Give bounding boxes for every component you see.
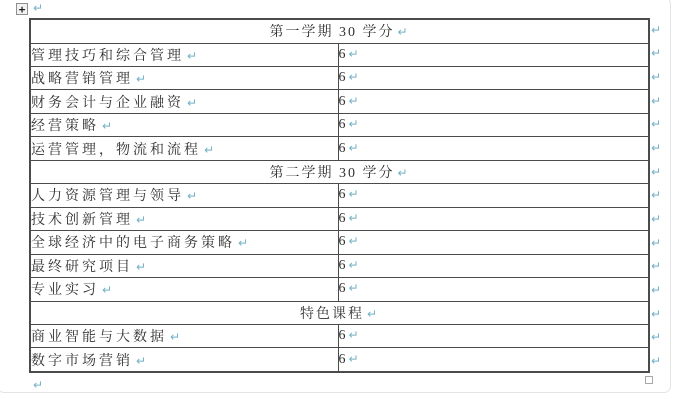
paragraph-mark: ↵ bbox=[238, 236, 251, 250]
credit-cell[interactable]: 6↵ bbox=[338, 90, 649, 113]
credit-value: 6 bbox=[339, 187, 346, 202]
course-row: 数字市场营销↵6↵ bbox=[30, 348, 649, 372]
semester-header-row: 第二学期 30 学分↵ bbox=[30, 160, 649, 183]
paragraph-mark: ↵ bbox=[651, 331, 661, 343]
paragraph-mark: ↵ bbox=[651, 71, 661, 83]
course-name: 专业实习 bbox=[31, 283, 99, 298]
semester-header-row: 第一学期 30 学分↵ bbox=[30, 19, 649, 43]
course-row: 人力资源管理与领导↵6↵ bbox=[30, 184, 649, 207]
paragraph-mark: ↵ bbox=[204, 143, 217, 157]
course-row: 最终研究项目↵6↵ bbox=[30, 254, 649, 277]
move-icon: + bbox=[19, 4, 26, 15]
row-end-mark: ↵ bbox=[651, 18, 675, 42]
paragraph-mark: ↵ bbox=[651, 142, 661, 154]
credit-value: 6 bbox=[339, 281, 346, 296]
credit-value: 6 bbox=[339, 117, 346, 132]
row-end-mark: ↵ bbox=[651, 326, 675, 350]
paragraph-mark: ↵ bbox=[136, 72, 149, 86]
course-row: 商业智能与大数据↵6↵ bbox=[30, 324, 649, 347]
course-name-cell[interactable]: 商业智能与大数据↵ bbox=[30, 324, 338, 347]
paragraph-mark: ↵ bbox=[397, 166, 409, 180]
credit-value: 6 bbox=[339, 328, 346, 343]
paragraph-mark: ↵ bbox=[651, 260, 661, 272]
course-name: 最终研究项目 bbox=[31, 260, 133, 275]
paragraph-mark: ↵ bbox=[136, 213, 149, 227]
credit-cell[interactable]: 6↵ bbox=[338, 43, 649, 66]
course-name-cell[interactable]: 运营管理，物流和流程↵ bbox=[30, 137, 338, 160]
credit-cell[interactable]: 6↵ bbox=[338, 66, 649, 89]
paragraph-mark: ↵ bbox=[397, 25, 409, 39]
course-name: 人力资源管理与领导 bbox=[31, 189, 184, 204]
semester-header-cell[interactable]: 第一学期 30 学分↵ bbox=[30, 19, 649, 43]
credit-cell[interactable]: 6↵ bbox=[338, 324, 649, 347]
course-table: 第一学期 30 学分↵管理技巧和综合管理↵6↵战略营销管理↵6↵财务会计与企业融… bbox=[29, 18, 650, 373]
course-name-cell[interactable]: 数字市场营销↵ bbox=[30, 348, 338, 372]
credit-value: 6 bbox=[339, 70, 346, 85]
row-end-mark: ↵ bbox=[651, 160, 675, 184]
credit-value: 6 bbox=[339, 94, 346, 109]
course-name: 战略营销管理 bbox=[31, 72, 133, 87]
credit-cell[interactable]: 6↵ bbox=[338, 254, 649, 277]
paragraph-mark: ↵ bbox=[33, 2, 43, 14]
paragraph-mark: ↵ bbox=[136, 354, 149, 368]
paragraph-mark: ↵ bbox=[651, 237, 661, 249]
credit-value: 6 bbox=[339, 234, 346, 249]
paragraph-mark: ↵ bbox=[367, 307, 379, 321]
paragraph-mark: ↵ bbox=[349, 187, 359, 201]
course-name-cell[interactable]: 经营策略↵ bbox=[30, 113, 338, 136]
paragraph-mark: ↵ bbox=[349, 352, 359, 366]
course-name-cell[interactable]: 最终研究项目↵ bbox=[30, 254, 338, 277]
credit-cell[interactable]: 6↵ bbox=[338, 207, 649, 230]
course-row: 全球经济中的电子商务策略↵6↵ bbox=[30, 231, 649, 254]
row-end-mark: ↵ bbox=[651, 231, 675, 255]
paragraph-mark: ↵ bbox=[349, 211, 359, 225]
row-end-mark: ↵ bbox=[651, 184, 675, 208]
paragraph-mark: ↵ bbox=[651, 47, 661, 59]
credit-cell[interactable]: 6↵ bbox=[338, 278, 649, 301]
paragraph-mark: ↵ bbox=[349, 70, 359, 84]
course-row: 经营策略↵6↵ bbox=[30, 113, 649, 136]
course-name-cell[interactable]: 人力资源管理与领导↵ bbox=[30, 184, 338, 207]
credit-cell[interactable]: 6↵ bbox=[338, 231, 649, 254]
course-name: 数字市场营销 bbox=[31, 354, 133, 369]
paragraph-mark: ↵ bbox=[349, 47, 359, 61]
paragraph-mark: ↵ bbox=[349, 94, 359, 108]
course-row: 战略营销管理↵6↵ bbox=[30, 66, 649, 89]
course-name-cell[interactable]: 战略营销管理↵ bbox=[30, 66, 338, 89]
credit-cell[interactable]: 6↵ bbox=[338, 184, 649, 207]
paragraph-mark: ↵ bbox=[102, 283, 115, 297]
paragraph-mark: ↵ bbox=[651, 213, 661, 225]
credit-cell[interactable]: 6↵ bbox=[338, 113, 649, 136]
row-end-mark: ↵ bbox=[651, 278, 675, 302]
row-end-mark: ↵ bbox=[651, 65, 675, 89]
semester-header-label: 第一学期 30 学分 bbox=[269, 25, 394, 40]
paragraph-mark: ↵ bbox=[651, 284, 661, 296]
row-end-mark: ↵ bbox=[651, 349, 675, 373]
course-name-cell[interactable]: 管理技巧和综合管理↵ bbox=[30, 43, 338, 66]
paragraph-mark: ↵ bbox=[651, 24, 661, 36]
credit-value: 6 bbox=[339, 258, 346, 273]
course-name-cell[interactable]: 专业实习↵ bbox=[30, 278, 338, 301]
row-end-mark: ↵ bbox=[651, 42, 675, 66]
paragraph-mark: ↵ bbox=[349, 328, 359, 342]
course-row: 技术创新管理↵6↵ bbox=[30, 207, 649, 230]
row-end-mark: ↵ bbox=[651, 302, 675, 326]
paragraph-mark: ↵ bbox=[349, 234, 359, 248]
paragraph-mark: ↵ bbox=[187, 189, 200, 203]
credit-value: 6 bbox=[339, 211, 346, 226]
row-end-mark: ↵ bbox=[651, 255, 675, 279]
table-move-handle[interactable]: + bbox=[16, 3, 28, 15]
paragraph-mark: ↵ bbox=[136, 260, 149, 274]
semester-header-cell[interactable]: 特色课程↵ bbox=[30, 301, 649, 324]
paragraph-mark: ↵ bbox=[651, 118, 661, 130]
paragraph-mark: ↵ bbox=[651, 308, 661, 320]
row-end-marks: ↵↵↵↵↵↵↵↵↵↵↵↵↵↵↵ bbox=[651, 18, 675, 373]
credit-value: 6 bbox=[339, 141, 346, 156]
course-name-cell[interactable]: 全球经济中的电子商务策略↵ bbox=[30, 231, 338, 254]
paragraph-mark: ↵ bbox=[102, 119, 115, 133]
credit-value: 6 bbox=[339, 47, 346, 62]
semester-header-row: 特色课程↵ bbox=[30, 301, 649, 324]
paragraph-mark: ↵ bbox=[651, 355, 661, 367]
credit-value: 6 bbox=[339, 352, 346, 367]
paragraph-mark: ↵ bbox=[170, 330, 183, 344]
course-name: 财务会计与企业融资 bbox=[31, 96, 184, 111]
paragraph-mark: ↵ bbox=[651, 166, 661, 178]
paragraph-mark: ↵ bbox=[349, 281, 359, 295]
course-row: 专业实习↵6↵ bbox=[30, 278, 649, 301]
semester-header-label: 特色课程 bbox=[300, 307, 364, 322]
row-end-mark: ↵ bbox=[651, 89, 675, 113]
course-name: 经营策略 bbox=[31, 119, 99, 134]
row-end-mark: ↵ bbox=[651, 207, 675, 231]
course-name: 商业智能与大数据 bbox=[31, 330, 167, 345]
course-name: 运营管理，物流和流程 bbox=[31, 143, 201, 158]
row-end-mark: ↵ bbox=[651, 136, 675, 160]
row-end-mark: ↵ bbox=[651, 113, 675, 137]
paragraph-mark: ↵ bbox=[187, 96, 200, 110]
course-row: 财务会计与企业融资↵6↵ bbox=[30, 90, 649, 113]
course-name: 全球经济中的电子商务策略 bbox=[31, 236, 235, 251]
paragraph-mark: ↵ bbox=[651, 95, 661, 107]
paragraph-mark: ↵ bbox=[349, 141, 359, 155]
table-resize-handle[interactable] bbox=[645, 376, 653, 384]
document-page: + ↵ 第一学期 30 学分↵管理技巧和综合管理↵6↵战略营销管理↵6↵财务会计… bbox=[0, 0, 679, 399]
semester-header-cell[interactable]: 第二学期 30 学分↵ bbox=[30, 160, 649, 183]
course-name: 管理技巧和综合管理 bbox=[31, 49, 184, 64]
course-name: 技术创新管理 bbox=[31, 213, 133, 228]
course-row: 管理技巧和综合管理↵6↵ bbox=[30, 43, 649, 66]
credit-cell[interactable]: 6↵ bbox=[338, 348, 649, 372]
course-name-cell[interactable]: 财务会计与企业融资↵ bbox=[30, 90, 338, 113]
course-name-cell[interactable]: 技术创新管理↵ bbox=[30, 207, 338, 230]
paragraph-mark-after-table: ↵ bbox=[33, 379, 43, 391]
course-row: 运营管理，物流和流程↵6↵ bbox=[30, 137, 649, 160]
semester-header-label: 第二学期 30 学分 bbox=[269, 166, 394, 181]
paragraph-mark: ↵ bbox=[349, 258, 359, 272]
paragraph-mark: ↵ bbox=[651, 189, 661, 201]
credit-cell[interactable]: 6↵ bbox=[338, 137, 649, 160]
paragraph-mark: ↵ bbox=[349, 117, 359, 131]
paragraph-mark: ↵ bbox=[187, 49, 200, 63]
